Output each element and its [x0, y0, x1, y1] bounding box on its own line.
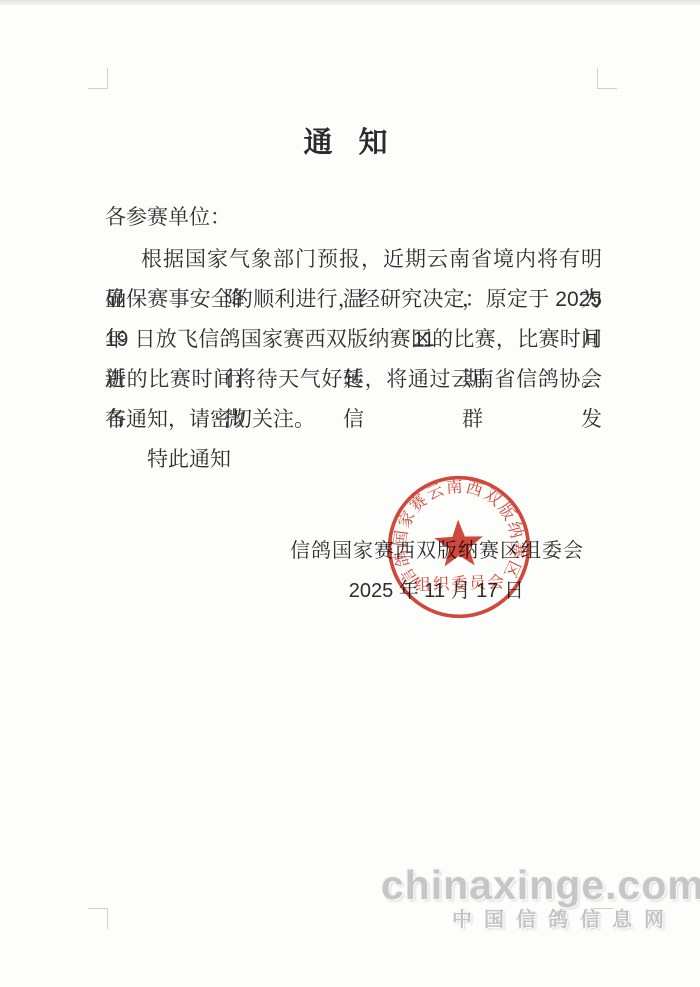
- seal-graphic: 信鸽国家赛云南西双版纳赛区 组织委员会: [383, 471, 534, 622]
- crop-mark-top-left: [88, 68, 108, 89]
- watermark-site-name-cn: 中国信鸽信息网: [452, 903, 676, 932]
- closing-phrase: 特此通知: [147, 440, 231, 480]
- watermark-site-url: chinaxinge.com: [381, 862, 700, 909]
- body-line: 确保赛事安全的顺利进行，经研究决定：原定于 2025 年 11 月: [105, 280, 602, 320]
- official-red-seal: 信鸽国家赛云南西双版纳赛区 组织委员会: [383, 471, 534, 622]
- seal-bottom-text: 组织委员会: [414, 572, 506, 594]
- notice-title: 通 知: [0, 120, 700, 161]
- notice-document-page: 通 知 各参赛单位： 根据国家气象部门预报，近期云南省境内将有明显降温，为 确保…: [0, 0, 700, 987]
- page-top-edge-shadow: [0, 0, 700, 5]
- crop-mark-bottom-left: [88, 908, 108, 929]
- notice-body: 根据国家气象部门预报，近期云南省境内将有明显降温，为 确保赛事安全的顺利进行，经…: [105, 240, 602, 440]
- body-line: 根据国家气象部门预报，近期云南省境内将有明显降温，为: [105, 240, 602, 280]
- seal-star-icon: [434, 519, 484, 567]
- body-line: 新的比赛时间将待天气好转，将通过云南省信鸽协会各微信群发: [105, 360, 602, 400]
- body-line: 19 日放飞信鸽国家赛西双版纳赛区的比赛，比赛时间进行延期。: [105, 320, 602, 360]
- salutation: 各参赛单位：: [105, 201, 231, 231]
- crop-mark-top-right: [597, 68, 617, 89]
